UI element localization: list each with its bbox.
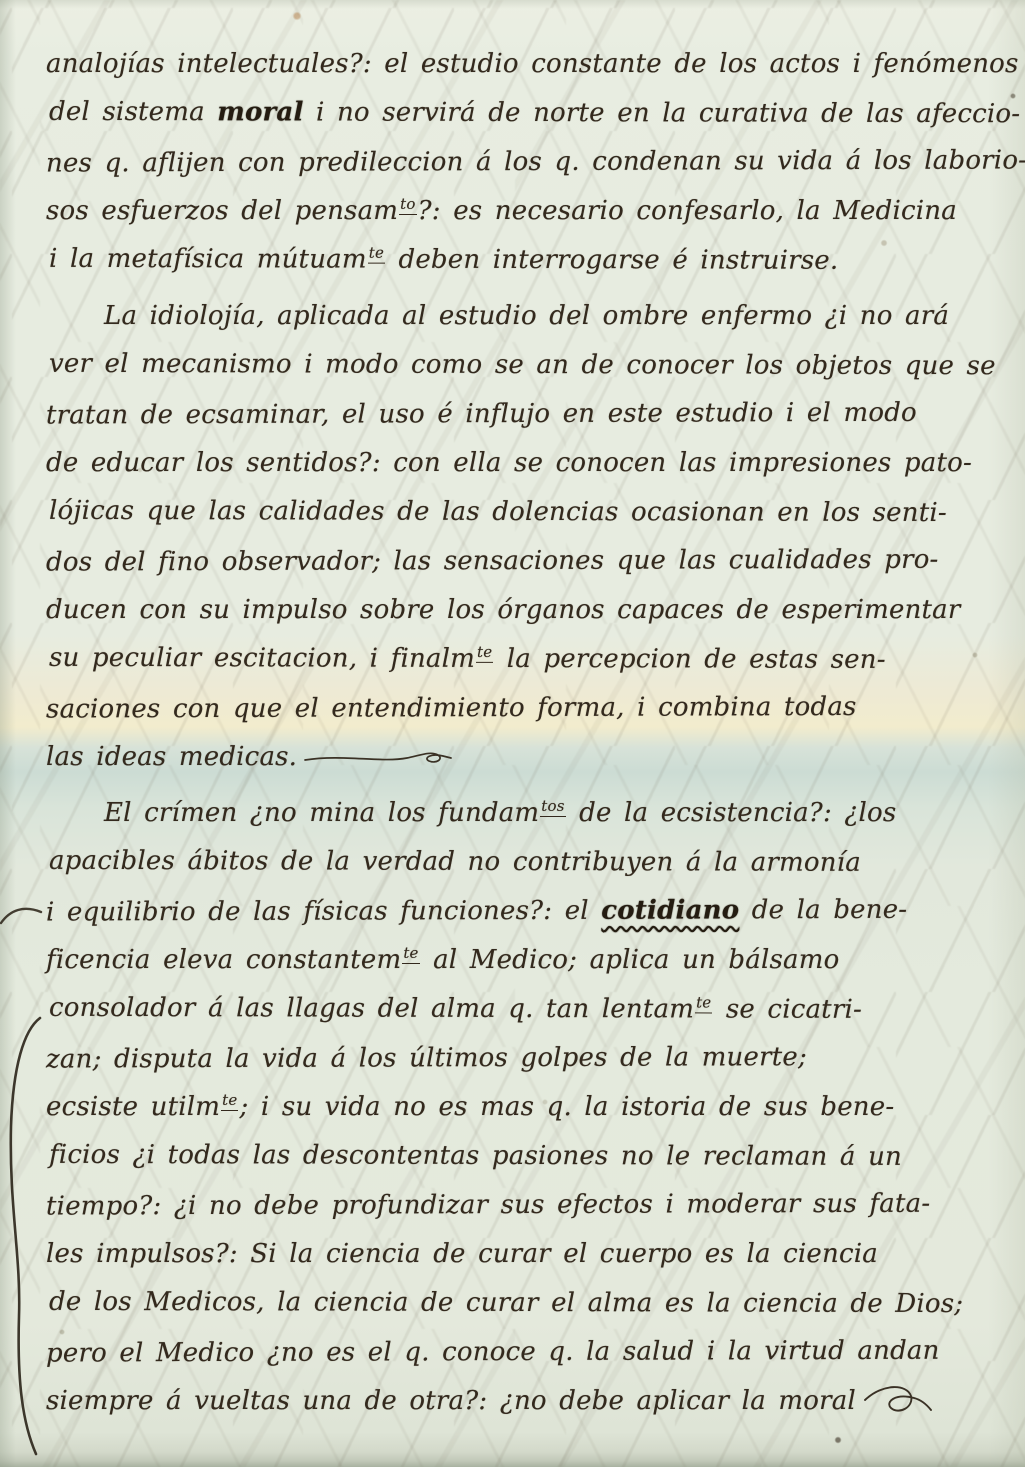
text-segment: El crímen ¿no mina los fundam (104, 798, 539, 828)
manuscript-line: consolador á las llagas del alma q. tan … (49, 984, 1003, 1035)
scanned-page: { "manuscript": { "language": "Spanish",… (0, 0, 1025, 1467)
text-segment: cotidiano (601, 895, 739, 925)
text-segment: te (402, 944, 419, 964)
text-segment: de la bene- (739, 895, 907, 926)
text-segment: ducen con su impulso sobre los órganos c… (46, 595, 961, 625)
manuscript-line: les impulsos?: Si la ciencia de curar el… (46, 1230, 1003, 1279)
manuscript-line: ficencia eleva constantemte al Medico; a… (46, 936, 1003, 985)
manuscript-line: ecsiste utilmte; i su vida no es mas q. … (46, 1083, 1003, 1132)
paragraph: La idiolojía, aplicada al estudio del om… (46, 292, 1003, 782)
text-segment: saciones con que el entendimiento forma,… (46, 692, 857, 725)
text-segment: ; i su vida no es mas q. la istoria de s… (239, 1092, 894, 1122)
paragraph: El crímen ¿no mina los fundamtos de la e… (46, 789, 1003, 1426)
text-segment: deben interrogarse é instruirse. (386, 245, 838, 276)
text-segment: de la ecsistencia?: ¿los (567, 798, 897, 828)
manuscript-line: pero el Medico ¿no es el q. conoce q. la… (46, 1326, 1003, 1378)
manuscript-line: apacibles ábitos de la verdad no contrib… (49, 837, 1003, 888)
manuscript-line: lójicas que las calidades de las dolenci… (49, 487, 1003, 538)
text-segment: del sistema (49, 97, 217, 127)
pen-flourish-icon (303, 747, 453, 769)
manuscript-page: analojías intelectuales?: el estudio con… (0, 0, 1025, 1467)
text-segment: de educar los sentidos?: con ella se con… (46, 448, 972, 478)
manuscript-line: dos del fino observador; las sensaciones… (46, 535, 1003, 587)
manuscript-line: saciones con que el entendimiento forma,… (46, 682, 1003, 734)
text-segment: te (695, 994, 712, 1014)
text-segment: se cicatri- (713, 994, 862, 1024)
manuscript-line: zan; disputa la vida á los últimos golpe… (46, 1032, 1003, 1084)
paragraph: analojías intelectuales?: el estudio con… (46, 40, 1003, 285)
text-block: analojías intelectuales?: el estudio con… (46, 40, 1003, 1426)
manuscript-line: El crímen ¿no mina los fundamtos de la e… (46, 789, 1003, 838)
text-segment: pero el Medico ¿no es el q. conoce q. la… (46, 1336, 940, 1369)
manuscript-line: tiempo?: ¿i no debe profundizar sus efec… (46, 1179, 1003, 1231)
text-segment: La idiolojía, aplicada al estudio del om… (104, 301, 949, 331)
manuscript-line: sos esfuerzos del pensamto?: es necesari… (46, 187, 1003, 236)
text-segment: consolador á las llagas del alma q. tan … (49, 993, 694, 1025)
text-segment: to (399, 195, 416, 215)
text-segment: apacibles ábitos de la verdad no contrib… (49, 846, 861, 878)
text-segment: les impulsos?: Si la ciencia de curar el… (46, 1239, 878, 1269)
manuscript-line: La idiolojía, aplicada al estudio del om… (46, 292, 1003, 341)
text-segment: i la metafísica mútuam (49, 244, 367, 275)
text-segment: zan; disputa la vida á los últimos golpe… (46, 1042, 807, 1074)
text-segment: ver el mecanismo i modo como se an de co… (49, 349, 996, 381)
text-segment: ?: es necesario confesarlo, la Medicina (418, 196, 957, 226)
text-segment: de los Medicos, la ciencia de curar el a… (49, 1287, 963, 1319)
manuscript-line: siempre á vueltas una de otra?: ¿no debe… (46, 1377, 1003, 1426)
text-segment: i equilibrio de las físicas funciones?: … (46, 896, 601, 928)
manuscript-line: del sistema moral i no servirá de norte … (49, 88, 1003, 139)
manuscript-line: tratan de ecsaminar, el uso é influjo en… (46, 388, 1003, 440)
manuscript-line: las ideas medicas. (46, 733, 1003, 782)
manuscript-line: de los Medicos, la ciencia de curar el a… (49, 1278, 1003, 1329)
text-segment: analojías intelectuales?: el estudio con… (46, 49, 1019, 79)
manuscript-line: ducen con su impulso sobre los órganos c… (46, 586, 1003, 635)
text-segment: tiempo?: ¿i no debe profundizar sus efec… (46, 1189, 930, 1222)
manuscript-line: nes q. aflijen con predileccion á los q.… (46, 136, 1003, 188)
manuscript-line: de educar los sentidos?: con ella se con… (46, 439, 1003, 488)
text-segment: las ideas medicas. (46, 742, 297, 772)
manuscript-line: i la metafísica mútuamte deben interroga… (49, 235, 1003, 286)
manuscript-line: i equilibrio de las físicas funciones?: … (46, 885, 1003, 937)
text-segment: siempre á vueltas una de otra?: ¿no debe… (46, 1386, 856, 1416)
text-segment: ficencia eleva constantem (46, 945, 401, 975)
manuscript-line: su peculiar escitacion, i finalmte la pe… (49, 634, 1003, 685)
text-segment: te (476, 643, 493, 663)
pen-flourish-icon (862, 1381, 934, 1423)
manuscript-line: ver el mecanismo i modo como se an de co… (49, 340, 1003, 391)
text-segment: te (368, 244, 385, 264)
text-segment: moral (217, 97, 303, 127)
margin-brace-ink-mark (0, 1008, 52, 1460)
text-segment: su peculiar escitacion, i finalm (49, 643, 475, 674)
margin-tick-ink-mark (0, 895, 44, 933)
text-segment: nes q. aflijen con predileccion á los q.… (46, 145, 1025, 178)
text-segment: lójicas que las calidades de las dolenci… (49, 496, 947, 528)
text-segment: i no servirá de norte en la curativa de … (304, 97, 1021, 129)
text-segment: ficios ¿i todas las descontentas pasione… (49, 1140, 902, 1172)
text-segment: tos (540, 797, 565, 817)
text-segment: te (221, 1091, 238, 1111)
text-segment: tratan de ecsaminar, el uso é influjo en… (46, 398, 917, 431)
text-segment: la percepcion de estas sen- (494, 644, 885, 675)
manuscript-line: analojías intelectuales?: el estudio con… (46, 40, 1003, 89)
text-segment: dos del fino observador; las sensaciones… (46, 545, 939, 578)
manuscript-line: ficios ¿i todas las descontentas pasione… (49, 1131, 1003, 1182)
text-segment: sos esfuerzos del pensam (46, 196, 398, 226)
text-segment: ecsiste utilm (46, 1092, 220, 1122)
text-segment: al Medico; aplica un bálsamo (421, 945, 840, 975)
